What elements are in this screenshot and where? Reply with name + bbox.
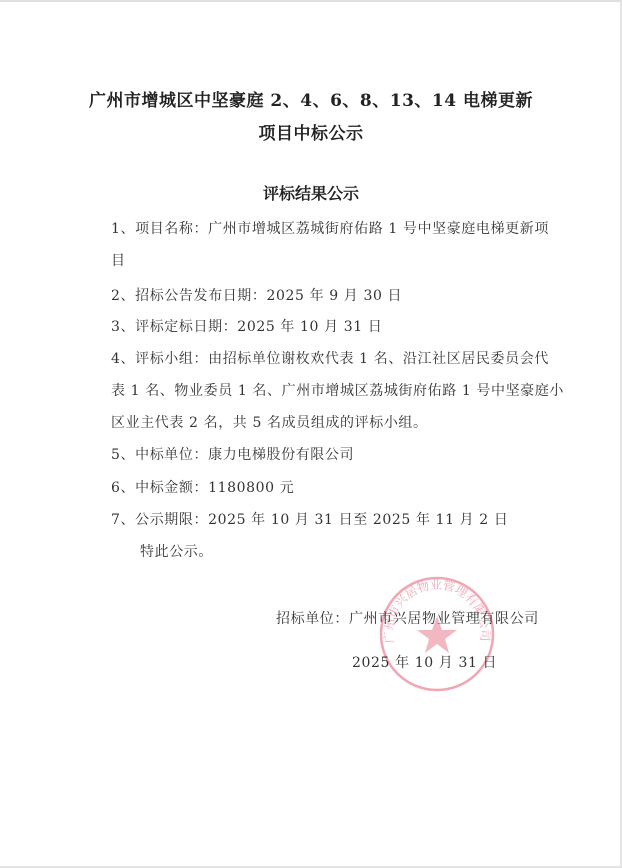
item-1-project-name-cont: 目 [111, 250, 126, 270]
item-7-publicity-period: 7、公示期限：2025 年 10 月 31 日至 2025 年 11 月 2 日 [111, 509, 508, 529]
item-1-project-name: 1、项目名称：广州市增城区荔城街府佑路 1 号中坚豪庭电梯更新项 [111, 218, 549, 238]
item-4-evaluation-panel-cont2: 区业主代表 2 名，共 5 名成员组成的评标小组。 [111, 412, 428, 432]
document-title-continued: 项目中标公示 [0, 119, 622, 144]
item-2-announcement-date: 2、招标公告发布日期：2025 年 9 月 30 日 [111, 285, 402, 305]
item-4-evaluation-panel: 4、评标小组：由招标单位谢枚欢代表 1 名、沿江社区居民委员会代 [111, 348, 549, 368]
item-5-winning-bidder: 5、中标单位：康力电梯股份有限公司 [111, 444, 354, 464]
item-3-evaluation-date: 3、评标定标日期：2025 年 10 月 31 日 [111, 316, 382, 336]
issue-date: 2025 年 10 月 31 日 [352, 652, 497, 672]
closing-statement: 特此公示。 [140, 541, 213, 561]
item-4-evaluation-panel-cont: 表 1 名、物业委员 1 名、广州市增城区荔城街府佑路 1 号中坚豪庭小 [111, 380, 564, 400]
item-6-winning-amount: 6、中标金额：1180800 元 [111, 477, 294, 497]
issuer-signature: 招标单位：广州市兴居物业管理有限公司 [276, 608, 539, 628]
section-heading: 评标结果公示 [0, 181, 622, 204]
document-title: 广州市增城区中坚豪庭 2、4、6、8、13、14 电梯更新 [0, 86, 622, 111]
